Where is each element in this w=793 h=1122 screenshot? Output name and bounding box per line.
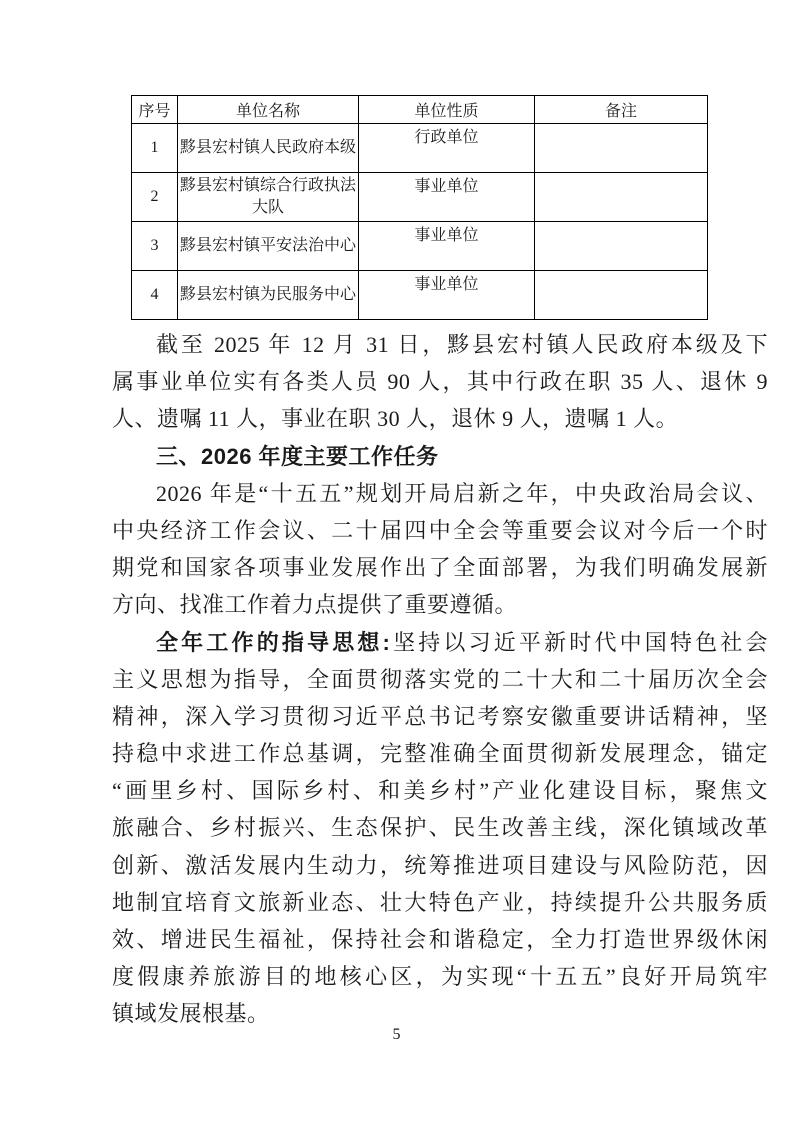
paragraph-line: 主义思想为指导，全面贯彻落实党的二十大和二十届历次全会 bbox=[112, 661, 768, 698]
row-name: 黟县宏村镇为民服务中心 bbox=[178, 271, 359, 320]
document-page: 序号 单位名称 单位性质 备注 1 黟县宏村镇人民政府本级 行政单位 2 黟县宏… bbox=[0, 0, 793, 1122]
paragraph-line: 效、增进民生福祉，保持社会和谐稳定，全力打造世界级休闲 bbox=[112, 921, 768, 958]
row-no: 4 bbox=[132, 271, 178, 320]
row-note bbox=[535, 173, 708, 222]
units-table: 序号 单位名称 单位性质 备注 1 黟县宏村镇人民政府本级 行政单位 2 黟县宏… bbox=[131, 95, 708, 320]
paragraph-line: 旅融合、乡村振兴、生态保护、民生改善主线，深化镇域改革 bbox=[112, 809, 768, 846]
section-heading-2026-tasks: 三、2026 年度主要工作任务 bbox=[112, 438, 768, 475]
row-no: 1 bbox=[132, 124, 178, 173]
table-row: 2 黟县宏村镇综合行政执法大队 事业单位 bbox=[132, 173, 708, 222]
row-note bbox=[535, 222, 708, 271]
table-row: 1 黟县宏村镇人民政府本级 行政单位 bbox=[132, 124, 708, 173]
page-number: 5 bbox=[0, 1026, 793, 1044]
paragraph-line: 方向、找准工作着力点提供了重要遵循。 bbox=[112, 586, 768, 623]
paragraph-line: 人、遗嘱 11 人，事业在职 30 人，退休 9 人，遗嘱 1 人。 bbox=[112, 400, 768, 437]
paragraph-line: 中央经济工作会议、二十届四中全会等重要会议对今后一个时 bbox=[112, 512, 768, 549]
paragraph-line: 精神，深入学习贯彻习近平总书记考察安徽重要讲话精神，坚 bbox=[112, 698, 768, 735]
paragraph-line: 创新、激活发展内生动力，统筹推进项目建设与风险防范，因 bbox=[112, 847, 768, 884]
row-name: 黟县宏村镇综合行政执法大队 bbox=[178, 173, 359, 222]
paragraph-line: “画里乡村、国际乡村、和美乡村”产业化建设目标，聚焦文 bbox=[112, 772, 768, 809]
table-row: 4 黟县宏村镇为民服务中心 事业单位 bbox=[132, 271, 708, 320]
row-type: 事业单位 bbox=[359, 222, 535, 271]
col-header-name: 单位名称 bbox=[178, 96, 359, 124]
paragraph-line: 2026 年是“十五五”规划开局启新之年，中央政治局会议、 bbox=[112, 475, 768, 512]
body-text: 截至 2025 年 12 月 31 日，黟县宏村镇人民政府本级及下 属事业单位实… bbox=[112, 326, 768, 1033]
table-header-row: 序号 单位名称 单位性质 备注 bbox=[132, 96, 708, 124]
guiding-thought-text: 坚持以习近平新时代中国特色社会 bbox=[390, 630, 768, 655]
col-header-type: 单位性质 bbox=[359, 96, 535, 124]
col-header-no: 序号 bbox=[132, 96, 178, 124]
row-name: 黟县宏村镇平安法治中心 bbox=[178, 222, 359, 271]
paragraph-line: 截至 2025 年 12 月 31 日，黟县宏村镇人民政府本级及下 bbox=[112, 326, 768, 363]
col-header-note: 备注 bbox=[535, 96, 708, 124]
paragraph-lead-line: 全年工作的指导思想:坚持以习近平新时代中国特色社会 bbox=[112, 624, 768, 661]
paragraph-line: 属事业单位实有各类人员 90 人，其中行政在职 35 人、退休 9 bbox=[112, 363, 768, 400]
row-note bbox=[535, 124, 708, 173]
row-type: 行政单位 bbox=[359, 124, 535, 173]
row-no: 2 bbox=[132, 173, 178, 222]
paragraph-line: 期党和国家各项事业发展作出了全面部署，为我们明确发展新 bbox=[112, 549, 768, 586]
row-note bbox=[535, 271, 708, 320]
row-no: 3 bbox=[132, 222, 178, 271]
row-name: 黟县宏村镇人民政府本级 bbox=[178, 124, 359, 173]
row-type: 事业单位 bbox=[359, 271, 535, 320]
table-row: 3 黟县宏村镇平安法治中心 事业单位 bbox=[132, 222, 708, 271]
paragraph-line: 持稳中求进工作总基调，完整准确全面贯彻新发展理念，锚定 bbox=[112, 735, 768, 772]
guiding-thought-label: 全年工作的指导思想: bbox=[156, 630, 390, 655]
paragraph-line: 度假康养旅游目的地核心区，为实现“十五五”良好开局筑牢 bbox=[112, 958, 768, 995]
paragraph-line: 地制宜培育文旅新业态、壮大特色产业，持续提升公共服务质 bbox=[112, 884, 768, 921]
row-type: 事业单位 bbox=[359, 173, 535, 222]
